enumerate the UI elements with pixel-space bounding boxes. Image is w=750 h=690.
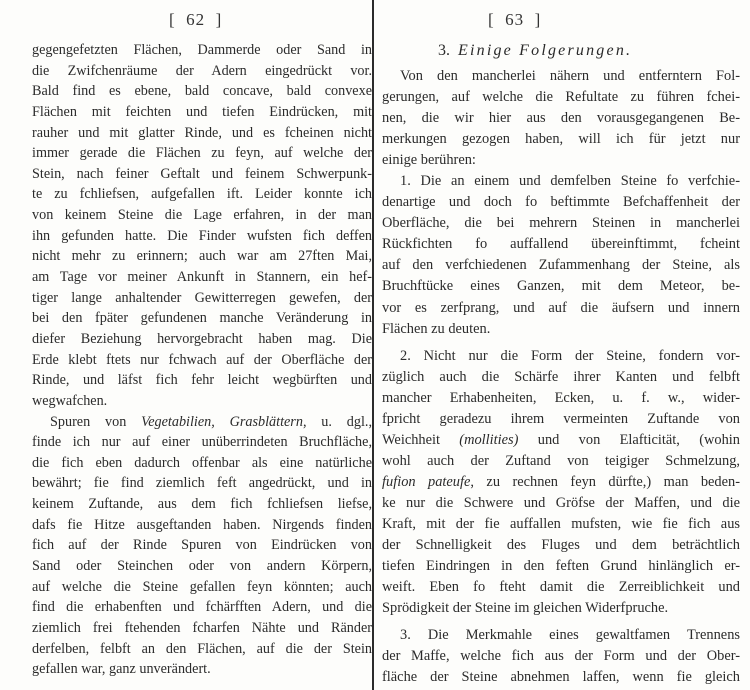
- text-line: Bald find es ebene, bald concave, bald c…: [32, 81, 372, 102]
- text-line: Bruchftücke eines Ganzen, mit dem Meteor…: [382, 276, 740, 297]
- italic-term: (mollities): [459, 432, 518, 448]
- text-line: 2. Nicht nur die Form der Steine, fonder…: [382, 346, 740, 367]
- text-line: Flächen zu deuten.: [382, 319, 740, 340]
- text-line: Kraft, mit der fie auffallen mufsten, wi…: [382, 514, 740, 535]
- text-line: Sand oder Steinchen oder von andern Körp…: [32, 556, 372, 577]
- text-line: bei den fpäter gefundenen manche Verände…: [32, 308, 372, 329]
- text-line: fufion pateufe, zu rechnen feyn dürfte,)…: [382, 472, 740, 493]
- section-heading: 3.Einige Folgerungen.: [438, 42, 632, 60]
- text-line: Weichheit (mollities) und von Elafticitä…: [382, 430, 740, 451]
- page-gutter-divider: [372, 0, 374, 690]
- text-line: 1. Die an einem und demfelben Steine fo …: [382, 171, 740, 192]
- text-line: finde ich nur auf einer unüberrindeten B…: [32, 432, 372, 453]
- text-line: mancher Erhabenheiten, Ecken, u. f. w., …: [382, 388, 740, 409]
- text-line: fpricht geradezu ihrem vermeinten Zuftan…: [382, 409, 740, 430]
- text-line: rauher und mit glatter Rinde, und es fch…: [32, 123, 372, 144]
- page-number-left: [ 62 ]: [169, 10, 222, 30]
- text-line: Rinde, und läfst fich fehr leicht wegbür…: [32, 370, 372, 391]
- text-line: merkungen gezogen haben, will ich für je…: [382, 129, 740, 150]
- text-line: diefer Beziehung hervorgebracht haben ma…: [32, 329, 372, 350]
- text-line: die fich eben dadurch offenbar als eine …: [32, 453, 372, 474]
- left-page: [ 62 ] gegengefetzten Flächen, Dammerde …: [32, 0, 372, 690]
- text-line: fich auf der Rinde Spuren von Eindrücken…: [32, 535, 372, 556]
- text-line: bewährt; fie find ziemlich feft angedrüc…: [32, 473, 372, 494]
- italic-term: fufion pateufe: [382, 474, 470, 490]
- text-line: Rückfichten fo auffallend übereinftimmt,…: [382, 234, 740, 255]
- text-line: gegengefetzten Flächen, Dammerde oder Sa…: [32, 40, 372, 61]
- section-title: Einige Folgerungen.: [458, 42, 632, 59]
- right-page: [ 63 ] 3.Einige Folgerungen. Von den man…: [382, 0, 740, 690]
- text-line: wohl auch der Zuftand von teigiger Schme…: [382, 451, 740, 472]
- text-line: auf den verfchiedenen Zufammenhang der S…: [382, 255, 740, 276]
- text-line: Sprödigkeit der Steine im gleichen Wider…: [382, 598, 740, 619]
- text-line: tiger lange anhaltender Gewitterregen ge…: [32, 288, 372, 309]
- text-line: einige berühren:: [382, 150, 740, 171]
- text-line: gefallen war, ganz unverändert.: [32, 659, 372, 680]
- text-line: gerungen, auf welche die Refultate zu fü…: [382, 87, 740, 108]
- text-line: züglich auch die Schärfe ihrer Kanten un…: [382, 367, 740, 388]
- text-line: nen, die wir hier aus den vorausgegangen…: [382, 108, 740, 129]
- text-line: 3. Die Merkmahle eines gewaltfamen Trenn…: [382, 625, 740, 646]
- text-line: auf welche die Steine gefallen feyn könn…: [32, 577, 372, 598]
- text-line: vor es zerfprang, und auf die äufsern un…: [382, 298, 740, 319]
- left-page-body: gegengefetzten Flächen, Dammerde oder Sa…: [32, 40, 372, 680]
- text-line: te zu fchliefsen, aufgefallen ift. Leide…: [32, 184, 372, 205]
- text-line: ihn gefunden hatte. Die Finder wufsten f…: [32, 226, 372, 247]
- text-line: Oberfläche, die bei mehrern Steinen in m…: [382, 213, 740, 234]
- text-line: tiefen Eindringen in den feften Grund hi…: [382, 556, 740, 577]
- text-line: von keinem Steine die Lage erfahren, in …: [32, 205, 372, 226]
- text-line: Von den mancherlei nähern und entfernter…: [382, 66, 740, 87]
- text-line: immer gerade die Flächen zu feyn, auf we…: [32, 143, 372, 164]
- text-line: fläche der Steine abnehmen laffen, wenn …: [382, 667, 740, 688]
- text-line: denartige und doch fo beftimmte Befchaff…: [382, 192, 740, 213]
- page-number-right: [ 63 ]: [488, 10, 541, 30]
- text-line: keinem Zuftande, aus dem fich fchliefsen…: [32, 494, 372, 515]
- text-line: Stein, nach feiner Geftalt und feinem Sc…: [32, 164, 372, 185]
- text-line: Spuren von Vegetabilien, Grasblättern, u…: [32, 412, 372, 433]
- text-line: weift. Eben fo fteht damit die Zerreibli…: [382, 577, 740, 598]
- text-line: der Maffe, welche fich aus der Form und …: [382, 646, 740, 667]
- book-spread: [ 62 ] gegengefetzten Flächen, Dammerde …: [0, 0, 750, 690]
- section-number: 3.: [438, 42, 450, 59]
- text-line: am Tage vor meiner Ankunft in Stannern, …: [32, 267, 372, 288]
- italic-term: Vegetabilien, Grasblättern: [141, 414, 303, 430]
- text-line: der Schnelligkeit des Fluges und dem bet…: [382, 535, 740, 556]
- text-line: Erde klebt ftets nur fchwach auf der Obe…: [32, 350, 372, 371]
- text-line: dafs fie Hitze ausgeftanden haben. Nirge…: [32, 515, 372, 536]
- text-line: ziemlich frei ftehenden fcharfen Nähte u…: [32, 618, 372, 639]
- text-line: die Zwifchenräume der Adern eingedrückt …: [32, 61, 372, 82]
- text-line: wegwafchen.: [32, 391, 372, 412]
- right-page-body: Von den mancherlei nähern und entfernter…: [382, 66, 740, 688]
- text-line: find die erhabenften und fchärfften Ader…: [32, 597, 372, 618]
- text-line: ke nur die Schwere und Gröfse der Maffen…: [382, 493, 740, 514]
- text-line: Flächen mit feichten und tiefen Eindrück…: [32, 102, 372, 123]
- text-line: nicht mehr zu erinnern; auch war am 27ft…: [32, 246, 372, 267]
- text-line: derfelben, felbft an den Flächen, auf di…: [32, 639, 372, 660]
